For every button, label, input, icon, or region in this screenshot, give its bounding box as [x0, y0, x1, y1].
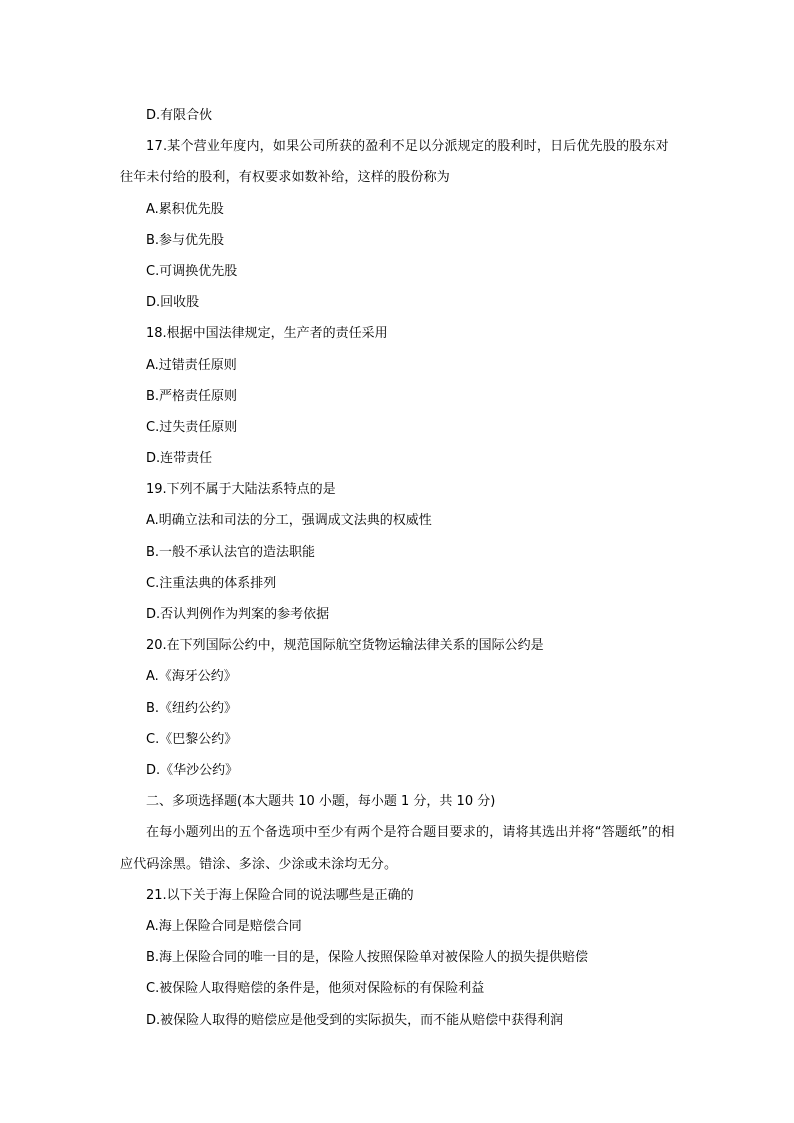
q17-option-b: B.参与优先股 [120, 225, 676, 256]
section-instructions: 在每小题列出的五个备选项中至少有两个是符合题目要求的，请将其选出并将“答题纸”的… [120, 817, 676, 879]
q17-option-c: C.可调换优先股 [120, 256, 676, 287]
exam-page: D.有限合伙 17.某个营业年度内，如果公司所获的盈利不足以分派规定的股利时，日… [120, 100, 676, 1036]
q19-option-b: B.一般不承认法官的造法职能 [120, 537, 676, 568]
q20-option-c: C.《巴黎公约》 [120, 724, 676, 755]
q21-option-a: A.海上保险合同是赔偿合同 [120, 911, 676, 942]
q20-option-a: A.《海牙公约》 [120, 661, 676, 692]
q19-option-d: D.否认判例作为判案的参考依据 [120, 599, 676, 630]
q21-question: 21.以下关于海上保险合同的说法哪些是正确的 [120, 880, 676, 911]
section-heading-multiple-choice: 二、多项选择题(本大题共 10 小题，每小题 1 分，共 10 分) [120, 786, 676, 817]
q19-option-c: C.注重法典的体系排列 [120, 568, 676, 599]
q17-option-a: A.累积优先股 [120, 194, 676, 225]
q18-option-b: B.严格责任原则 [120, 381, 676, 412]
q18-question: 18.根据中国法律规定，生产者的责任采用 [120, 318, 676, 349]
q18-option-a: A.过错责任原则 [120, 350, 676, 381]
q16-option-d: D.有限合伙 [120, 100, 676, 131]
q18-option-d: D.连带责任 [120, 443, 676, 474]
q20-option-d: D.《华沙公约》 [120, 755, 676, 786]
q17-option-d: D.回收股 [120, 287, 676, 318]
q21-option-b: B.海上保险合同的唯一目的是，保险人按照保险单对被保险人的损失提供赔偿 [120, 942, 676, 973]
q19-option-a: A.明确立法和司法的分工，强调成文法典的权威性 [120, 505, 676, 536]
q19-question: 19.下列不属于大陆法系特点的是 [120, 474, 676, 505]
q20-option-b: B.《纽约公约》 [120, 693, 676, 724]
q21-option-c: C.被保险人取得赔偿的条件是，他须对保险标的有保险利益 [120, 973, 676, 1004]
q17-question: 17.某个营业年度内，如果公司所获的盈利不足以分派规定的股利时，日后优先股的股东… [120, 131, 676, 193]
q18-option-c: C.过失责任原则 [120, 412, 676, 443]
q21-option-d: D.被保险人取得的赔偿应是他受到的实际损失，而不能从赔偿中获得利润 [120, 1005, 676, 1036]
q20-question: 20.在下列国际公约中，规范国际航空货物运输法律关系的国际公约是 [120, 630, 676, 661]
